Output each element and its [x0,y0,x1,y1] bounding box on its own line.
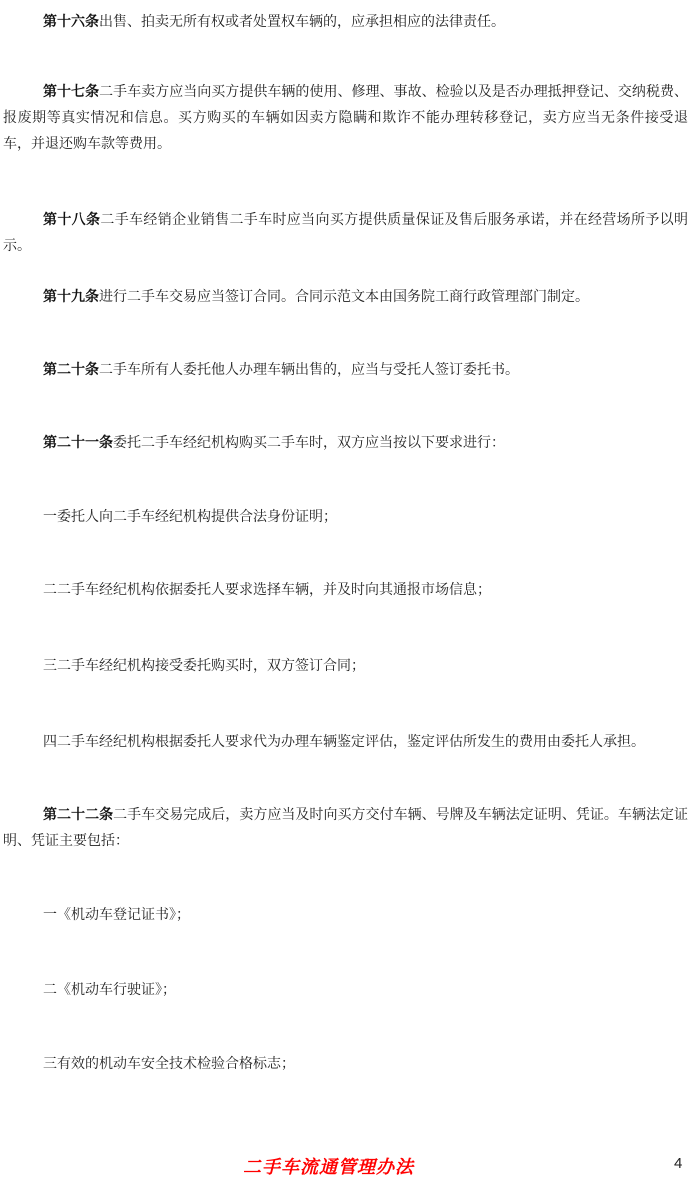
article-number: 第二十条 [43,361,99,377]
article-paragraph: 第二十一条委托二手车经纪机构购买二手车时，双方应当按以下要求进行： [3,429,688,455]
list-item-paragraph: 二《机动车行驶证》； [3,976,688,1002]
page-number: 4 [674,1155,682,1172]
article-text: 出售、拍卖无所有权或者处置权车辆的，应承担相应的法律责任。 [99,13,505,29]
article-number: 第十七条 [43,83,99,99]
list-item-paragraph: 二二手车经纪机构依据委托人要求选择车辆，并及时向其通报市场信息； [3,576,688,602]
list-item-paragraph: 三二手车经纪机构接受委托购买时，双方签订合同； [3,652,688,678]
article-text: 四二手车经纪机构根据委托人要求代为办理车辆鉴定评估，鉴定评估所发生的费用由委托人… [43,733,645,749]
article-paragraph: 第二十二条二手车交易完成后，卖方应当及时向买方交付车辆、号牌及车辆法定证明、凭证… [3,801,688,853]
article-text: 二手车经销企业销售二手车时应当向买方提供质量保证及售后服务承诺，并在经营场所予以… [3,211,688,253]
article-number: 第十八条 [43,211,100,227]
article-text: 委托二手车经纪机构购买二手车时，双方应当按以下要求进行： [113,434,505,450]
article-text: 进行二手车交易应当签订合同。合同示范文本由国务院工商行政管理部门制定。 [99,288,589,304]
article-number: 第二十二条 [43,806,113,822]
article-number: 第十六条 [43,13,99,29]
article-text: 二《机动车行驶证》； [43,981,176,997]
list-item-paragraph: 一委托人向二手车经纪机构提供合法身份证明； [3,503,688,529]
article-number: 第十九条 [43,288,99,304]
article-text: 二手车卖方应当向买方提供车辆的使用、修理、事故、检验以及是否办理抵押登记、交纳税… [3,83,688,151]
article-paragraph: 第二十条二手车所有人委托他人办理车辆出售的，应当与受托人签订委托书。 [3,356,688,382]
article-number: 第二十一条 [43,434,113,450]
article-text: 二手车所有人委托他人办理车辆出售的，应当与受托人签订委托书。 [99,361,519,377]
document-page: 第十六条出售、拍卖无所有权或者处置权车辆的，应承担相应的法律责任。 第十七条二手… [0,0,700,1182]
article-text: 三二手车经纪机构接受委托购买时，双方签订合同； [43,657,365,673]
article-paragraph: 第十七条二手车卖方应当向买方提供车辆的使用、修理、事故、检验以及是否办理抵押登记… [3,78,688,156]
article-paragraph: 第十九条进行二手车交易应当签订合同。合同示范文本由国务院工商行政管理部门制定。 [3,283,688,309]
footer-document-title: 二手车流通管理办法 [243,1153,414,1179]
article-paragraph: 第十八条二手车经销企业销售二手车时应当向买方提供质量保证及售后服务承诺，并在经营… [3,206,688,258]
article-paragraph: 第十六条出售、拍卖无所有权或者处置权车辆的，应承担相应的法律责任。 [3,8,688,34]
list-item-paragraph: 三有效的机动车安全技术检验合格标志； [3,1050,688,1076]
list-item-paragraph: 四二手车经纪机构根据委托人要求代为办理车辆鉴定评估，鉴定评估所发生的费用由委托人… [3,728,688,754]
article-text: 一委托人向二手车经纪机构提供合法身份证明； [43,508,337,524]
article-text: 一《机动车登记证书》； [43,906,190,922]
article-text: 三有效的机动车安全技术检验合格标志； [43,1055,295,1071]
article-text: 二二手车经纪机构依据委托人要求选择车辆，并及时向其通报市场信息； [43,581,491,597]
list-item-paragraph: 一《机动车登记证书》； [3,901,688,927]
